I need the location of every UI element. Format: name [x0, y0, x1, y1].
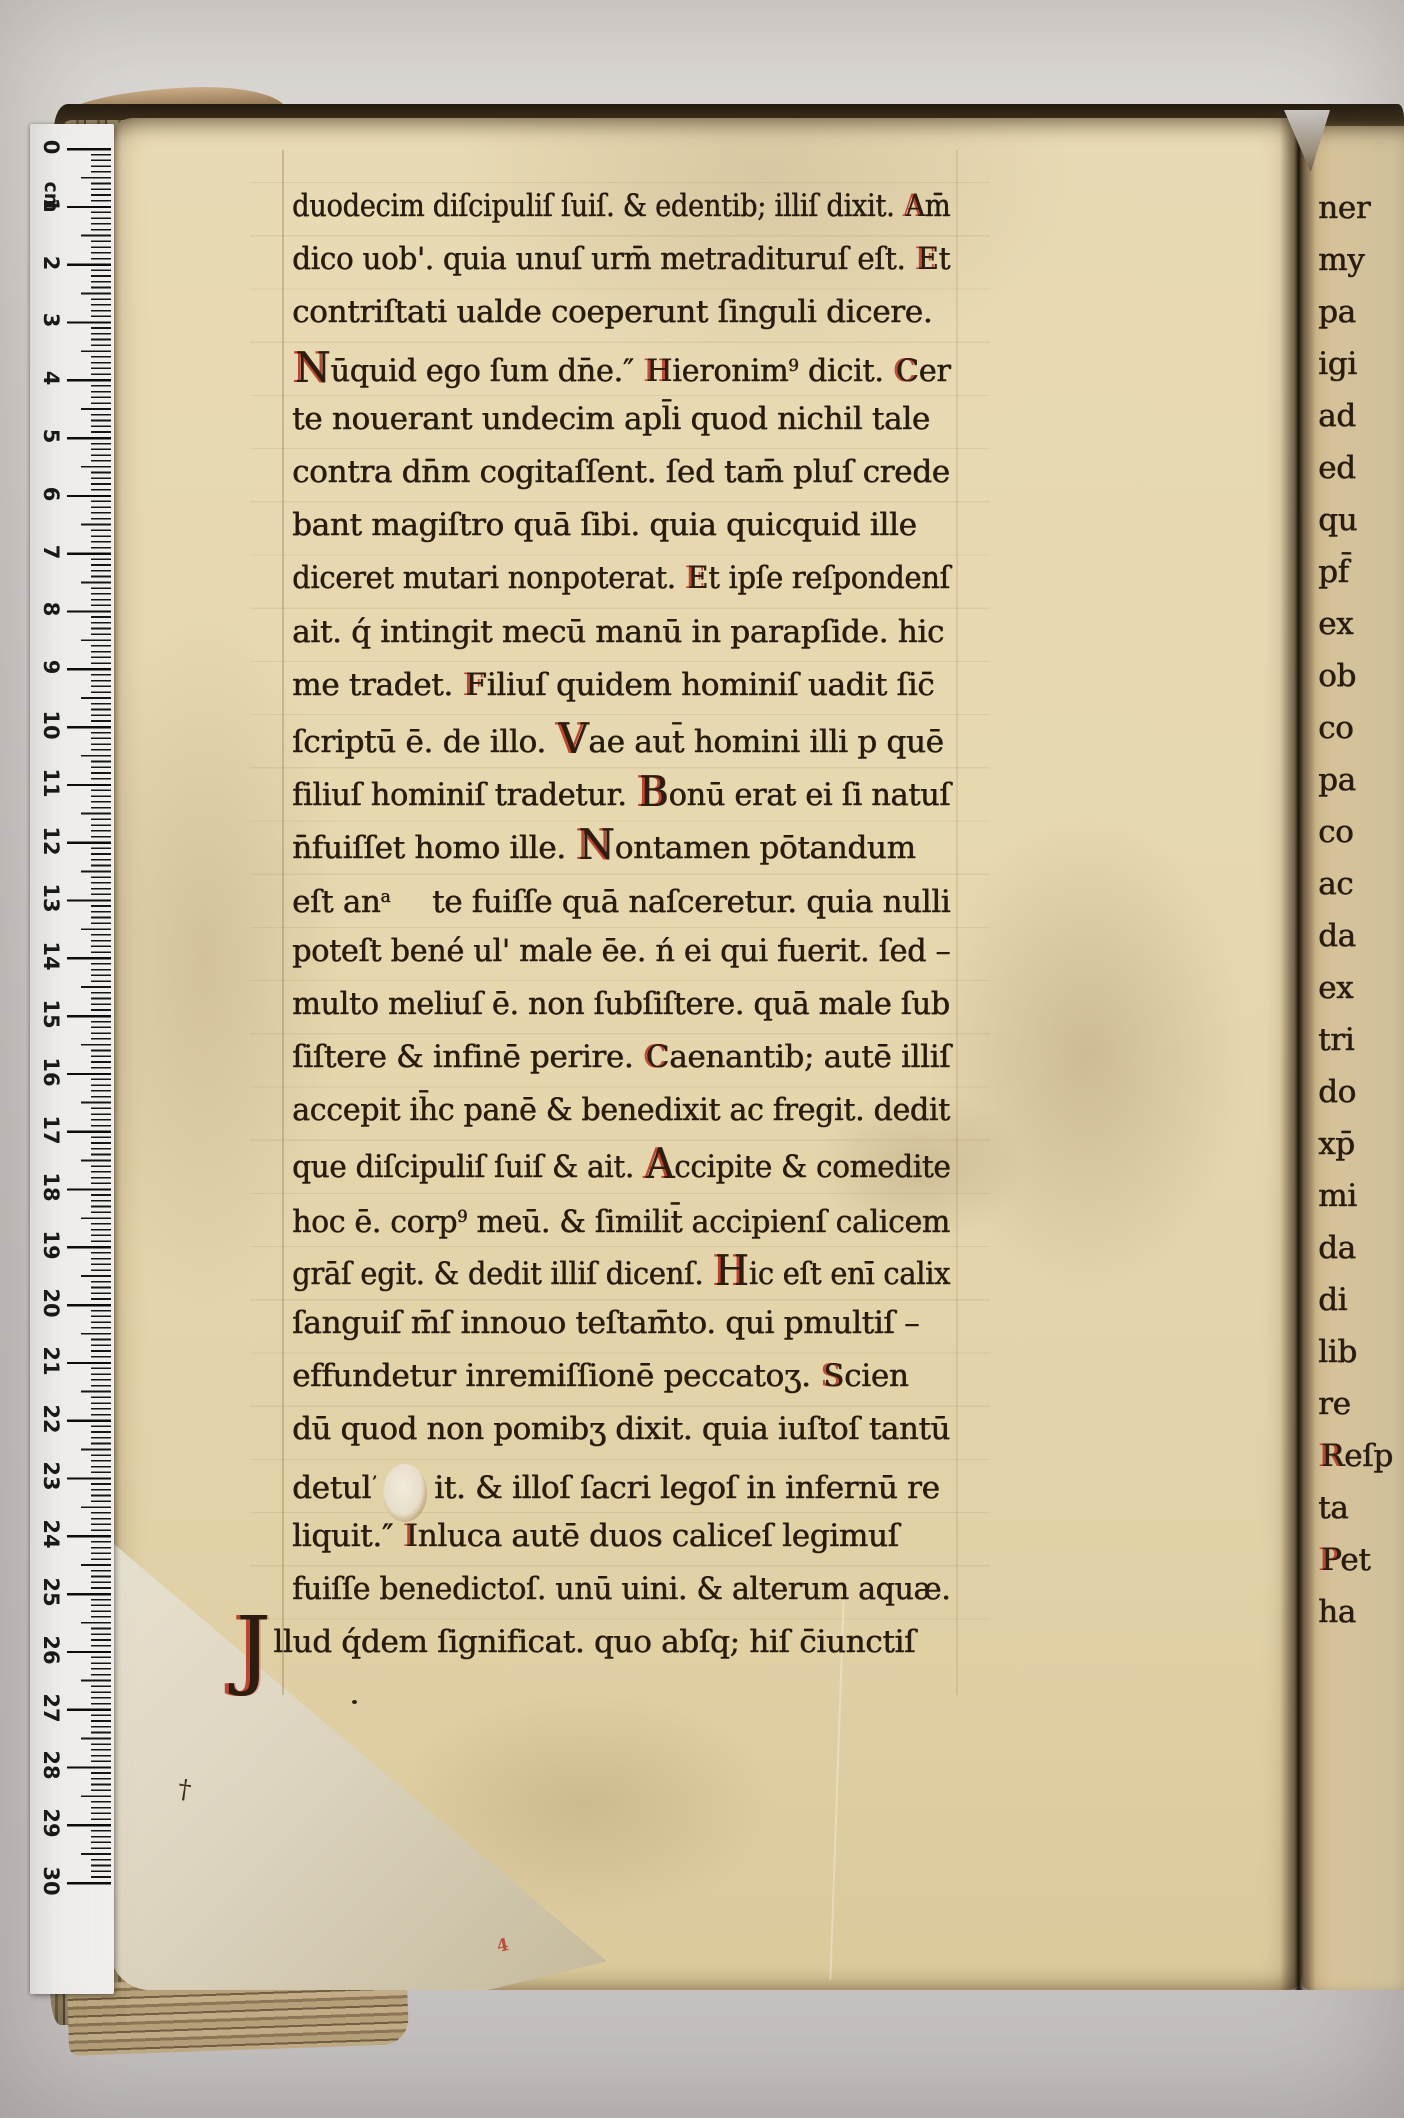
manuscript-text: ha	[1318, 1594, 1356, 1630]
ruler-number: 25	[39, 1575, 63, 1609]
rubricated-initial: B	[636, 767, 669, 816]
facing-page-text-fragments: nermypaigiadedqupf̄exobcopacoacdaextrido…	[1318, 182, 1393, 1638]
manuscript-photo: duodecim diſcipuliſ ſuiſ. & edentib; ill…	[0, 0, 1404, 2118]
manuscript-text: ontamen pōtandum	[615, 830, 916, 866]
manuscript-line: effundetur inremiſſionē peccatoʒ. Scien	[292, 1350, 908, 1403]
manuscript-text: ed	[1318, 450, 1356, 486]
manuscript-line: ha	[1318, 1586, 1356, 1638]
manuscript-text: co	[1318, 814, 1353, 850]
manuscript-text: m̄	[925, 188, 951, 224]
book-gutter	[1280, 118, 1316, 1990]
manuscript-text: ad	[1318, 398, 1356, 434]
ruler-number: 7	[39, 535, 63, 569]
manuscript-text: ſiſtere & infinē perire.	[292, 1039, 643, 1075]
manuscript-line: tri	[1318, 1014, 1354, 1066]
manuscript-text: accepit ih̄c panē & benedixit ac fregit.…	[292, 1092, 950, 1128]
manuscript-line: contra dn̄m cogitaſſent. ſed tam̄ pluſ c…	[292, 446, 950, 499]
rubricated-initial: F	[462, 667, 486, 703]
rubricated-initial: E	[914, 241, 938, 277]
ruler-number: 24	[39, 1517, 63, 1551]
ruler-number: 13	[39, 881, 63, 915]
manuscript-text: n̄fuiſſet homo ille.	[292, 830, 575, 866]
manuscript-text: ex	[1318, 970, 1353, 1006]
rubricated-initial: I	[403, 1518, 418, 1554]
manuscript-text: te nouerant undecim apl̄i quod nichil ta…	[292, 401, 930, 437]
manuscript-text: xp̄	[1318, 1126, 1355, 1162]
manuscript-line: liquit.″ Inluca autē duos caliceſ legimu…	[292, 1510, 899, 1563]
manuscript-text: poteſt bené ul' male ēe. ń ei qui fuerit…	[292, 933, 950, 969]
manuscript-text: t ipſe reſpondenſ	[708, 560, 950, 596]
manuscript-text: et	[1340, 1542, 1370, 1578]
rubricated-initial: C	[643, 1039, 669, 1075]
rubricated-initial: H	[643, 353, 672, 389]
ruler-number: 4	[39, 361, 63, 395]
ruler-centimeter-ticks	[67, 148, 111, 1885]
rubricated-initial: V	[555, 714, 588, 763]
manuscript-line: pa	[1318, 754, 1356, 806]
ruler-number: 8	[39, 592, 63, 626]
manuscript-text: ſanguiſ m̄ſ innouo teſtam̄to. qui pmulti…	[292, 1305, 919, 1341]
manuscript-line: da	[1318, 910, 1356, 962]
manuscript-text: do	[1318, 1074, 1356, 1110]
manuscript-text: contra dn̄m cogitaſſent. ſed tam̄ pluſ c…	[292, 454, 950, 490]
rubricated-initial: H	[712, 1246, 749, 1295]
manuscript-line: fuiſſe benedictoſ. unū uini. & alterum a…	[292, 1563, 950, 1616]
rubricated-initial: A	[903, 188, 925, 224]
manuscript-text: dico uob'. quia unuſ urm̄ metradituruſ e…	[292, 241, 914, 277]
manuscript-line: ex	[1318, 598, 1353, 650]
manuscript-line: duodecim diſcipuliſ ſuiſ. & edentib; ill…	[292, 180, 950, 233]
manuscript-line: me tradet. Filiuſ quidem hominiſ uadit ſ…	[292, 659, 934, 712]
manuscript-line: ſanguiſ m̄ſ innouo teſtam̄to. qui pmulti…	[292, 1297, 919, 1350]
manuscript-text: llud q́dem ſignificat. quo abſq; hiſ c̄i…	[273, 1624, 915, 1660]
manuscript-text: er	[919, 353, 951, 389]
manuscript-line: poteſt bené ul' male ēe. ń ei qui fuerit…	[292, 925, 950, 978]
ruler-number: 21	[39, 1344, 63, 1378]
ruler-number: 17	[39, 1113, 63, 1147]
ruler-number: 14	[39, 939, 63, 973]
manuscript-text: ʼ	[371, 1473, 376, 1493]
rubricated-initial: A	[643, 1139, 674, 1188]
manuscript-line: filiuſ hominiſ tradetur. Bonū erat ei ſi…	[292, 765, 950, 818]
ruler-number: 20	[39, 1286, 63, 1320]
ruler-number: 16	[39, 1055, 63, 1089]
rubricated-initial: C	[893, 353, 919, 389]
ruler-number: 28	[39, 1748, 63, 1782]
manuscript-text-block: duodecim diſcipuliſ ſuiſ. & edentib; ill…	[292, 180, 1043, 1669]
ruler-number: 6	[39, 477, 63, 511]
manuscript-line: ad	[1318, 390, 1356, 442]
manuscript-text: di	[1318, 1282, 1347, 1318]
manuscript-line: ob	[1318, 650, 1356, 702]
ruler-number: 27	[39, 1691, 63, 1725]
manuscript-text: lib	[1318, 1334, 1357, 1370]
manuscript-text: duodecim diſcipuliſ ſuiſ. & edentib; ill…	[292, 188, 903, 224]
manuscript-line: contriſtati ualde coeperunt ſinguli dice…	[292, 286, 932, 339]
manuscript-text: fuiſſe benedictoſ. unū uini. & alterum a…	[292, 1571, 950, 1607]
ruler-number: 19	[39, 1228, 63, 1262]
manuscript-text: hoc ē. corp	[292, 1204, 457, 1240]
manuscript-text: ait. q́ intingit mecū manū in parapſide.…	[292, 614, 944, 650]
manuscript-text: multo meliuſ ē. non ſubſiſtere. quā male…	[292, 986, 950, 1022]
manuscript-line: multo meliuſ ē. non ſubſiſtere. quā male…	[292, 978, 950, 1031]
manuscript-line: Nūquid ego ſum dn̄e.″ Hieronim9 dicit. C…	[292, 340, 950, 393]
manuscript-text: ic eſt enī calix	[749, 1256, 950, 1292]
ruler-number: 3	[39, 303, 63, 337]
manuscript-line: da	[1318, 1222, 1356, 1274]
manuscript-text: aenantib; autē illiſ	[669, 1039, 950, 1075]
manuscript-text: onū erat ei ſi natuſ	[669, 777, 951, 813]
parchment-hole	[396, 885, 426, 925]
manuscript-text: meū. & ſimilit̄ accipienſ calicem	[467, 1204, 950, 1240]
manuscript-line: ta	[1318, 1482, 1348, 1534]
manuscript-text: qu	[1318, 502, 1357, 538]
ruler-number: 18	[39, 1170, 63, 1204]
manuscript-line: hoc ē. corp9 meū. & ſimilit̄ accipienſ c…	[292, 1191, 950, 1244]
manuscript-text: pa	[1318, 294, 1356, 330]
manuscript-text: diceret mutari nonpoterat.	[292, 560, 684, 596]
manuscript-text: 9	[788, 356, 798, 376]
manuscript-text: filiuſ hominiſ tradetur.	[292, 777, 636, 813]
manuscript-line: ner	[1318, 182, 1370, 234]
manuscript-line: que diſcipuliſ ſuiſ & ait. Accipite & co…	[292, 1137, 950, 1190]
manuscript-line: re	[1318, 1378, 1351, 1430]
manuscript-text: 9	[457, 1207, 467, 1227]
manuscript-text: contriſtati ualde coeperunt ſinguli dice…	[292, 294, 932, 330]
ruler-number: 15	[39, 997, 63, 1031]
manuscript-line: detulʼit. & illoſ ſacri legoſ in infernū…	[292, 1457, 940, 1510]
manuscript-line: igi	[1318, 338, 1357, 390]
ruler-number: 29	[39, 1806, 63, 1840]
ruler-number: 10	[39, 708, 63, 742]
manuscript-text: t	[939, 241, 951, 277]
ruler-number: 30	[39, 1864, 63, 1898]
manuscript-line: n̄fuiſſet homo ille. Nontamen pōtandum	[292, 818, 916, 871]
manuscript-line: do	[1318, 1066, 1356, 1118]
manuscript-text: dicit.	[798, 353, 892, 389]
manuscript-line: di	[1318, 1274, 1347, 1326]
manuscript-text: que diſcipuliſ ſuiſ & ait.	[292, 1149, 643, 1185]
manuscript-text: liquit.″	[292, 1518, 403, 1554]
manuscript-text: re	[1318, 1386, 1351, 1422]
rubricated-initial: S	[820, 1358, 844, 1394]
ink-speck	[352, 1700, 357, 1704]
manuscript-text: bant magiſtro quā ſibi. quia quicquid il…	[292, 507, 917, 543]
manuscript-text: ieronim	[672, 353, 788, 389]
manuscript-line: ſcriptū ē. de illo. Vae aut̄ homini illi…	[292, 712, 944, 765]
rubricated-initial: N	[575, 820, 614, 869]
manuscript-line: pf̄	[1318, 546, 1349, 598]
manuscript-line: accepit ih̄c panē & benedixit ac fregit.…	[292, 1084, 950, 1137]
manuscript-line: te nouerant undecim apl̄i quod nichil ta…	[292, 393, 930, 446]
manuscript-text: ex	[1318, 606, 1353, 642]
ruler-number: 12	[39, 824, 63, 858]
manuscript-text: a	[380, 887, 390, 907]
measuring-ruler: cm 0123456789101112131415161718192021222…	[30, 124, 114, 1994]
manuscript-text: ner	[1318, 190, 1370, 226]
manuscript-line: dū quod non pomibʒ dixit. quia iuſtoſ ta…	[292, 1403, 950, 1456]
manuscript-line: Jllud q́dem ſignificat. quo abſq; hiſ c̄…	[292, 1616, 915, 1669]
manuscript-line: xp̄	[1318, 1118, 1355, 1170]
manuscript-text: igi	[1318, 346, 1357, 382]
manuscript-line: eſt anate fuiſſe quā naſceretur. quia nu…	[292, 871, 950, 924]
rubricated-initial: P	[1318, 1542, 1340, 1578]
manuscript-text: pa	[1318, 762, 1356, 798]
manuscript-line: pa	[1318, 286, 1356, 338]
manuscript-text: ob	[1318, 658, 1356, 694]
manuscript-text: nluca autē duos caliceſ legimuſ	[418, 1518, 899, 1554]
manuscript-text: mi	[1318, 1178, 1357, 1214]
manuscript-text: detul	[292, 1470, 371, 1506]
manuscript-text: me tradet.	[292, 667, 462, 703]
manuscript-text: my	[1318, 242, 1364, 278]
manuscript-text: ta	[1318, 1490, 1348, 1526]
manuscript-text: da	[1318, 918, 1356, 954]
ruler-number: 5	[39, 419, 63, 453]
manuscript-line: Reſp	[1318, 1430, 1393, 1482]
manuscript-text: co	[1318, 710, 1353, 746]
manuscript-text: effundetur inremiſſionē peccatoʒ.	[292, 1358, 820, 1394]
manuscript-text: pf̄	[1318, 554, 1349, 590]
ruler-number: 26	[39, 1633, 63, 1667]
manuscript-text: it. & illoſ ſacri legoſ in infernū re	[434, 1470, 939, 1506]
manuscript-line: ait. q́ intingit mecū manū in parapſide.…	[292, 606, 944, 659]
manuscript-text: ſcriptū ē. de illo.	[292, 724, 555, 760]
manuscript-text: eſt an	[292, 885, 380, 921]
manuscript-line: Pet	[1318, 1534, 1370, 1586]
ruler-number: 23	[39, 1459, 63, 1493]
manuscript-text: iliuſ quidem hominiſ uadit ſic̄	[487, 667, 935, 703]
manuscript-text: ccipite & comedite	[674, 1149, 950, 1185]
ruler-number: 1	[39, 188, 63, 222]
manuscript-line: diceret mutari nonpoterat. Et ipſe reſpo…	[292, 552, 950, 605]
manuscript-line: ac	[1318, 858, 1353, 910]
manuscript-text: ae aut̄ homini illi p quē	[588, 724, 943, 760]
manuscript-text: tri	[1318, 1022, 1354, 1058]
ruler-number: 9	[39, 650, 63, 684]
rubricated-initial: N	[292, 343, 330, 392]
manuscript-line: grāſ egit. & dedit illiſ dicenſ. Hic eſt…	[292, 1244, 950, 1297]
manuscript-line: co	[1318, 806, 1353, 858]
ruler-number: 22	[39, 1402, 63, 1436]
manuscript-line: my	[1318, 234, 1364, 286]
manuscript-text: ac	[1318, 866, 1353, 902]
manuscript-line: mi	[1318, 1170, 1357, 1222]
manuscript-text: ūquid ego ſum dn̄e.″	[330, 353, 643, 389]
manuscript-line: bant magiſtro quā ſibi. quia quicquid il…	[292, 499, 917, 552]
rubricated-initial: E	[684, 560, 708, 596]
manuscript-line: dico uob'. quia unuſ urm̄ metradituruſ e…	[292, 233, 950, 286]
manuscript-text: eſp	[1344, 1438, 1393, 1474]
ruler-number: 2	[39, 246, 63, 280]
manuscript-line: ed	[1318, 442, 1356, 494]
manuscript-text: grāſ egit. & dedit illiſ dicenſ.	[292, 1256, 712, 1292]
manuscript-text: te fuiſſe quā naſceretur. quia nulli	[432, 885, 950, 921]
rubricated-initial: R	[1318, 1438, 1344, 1474]
manuscript-line: ſiſtere & infinē perire. Caenantib; autē…	[292, 1031, 950, 1084]
manuscript-line: lib	[1318, 1326, 1357, 1378]
manuscript-line: co	[1318, 702, 1353, 754]
manuscript-line: ex	[1318, 962, 1353, 1014]
ruler-number: 0	[39, 130, 63, 164]
ruler-number: 11	[39, 766, 63, 800]
manuscript-text: cien	[844, 1358, 908, 1394]
manuscript-text: da	[1318, 1230, 1356, 1266]
manuscript-line: qu	[1318, 494, 1357, 546]
manuscript-text: dū quod non pomibʒ dixit. quia iuſtoſ ta…	[292, 1411, 950, 1447]
